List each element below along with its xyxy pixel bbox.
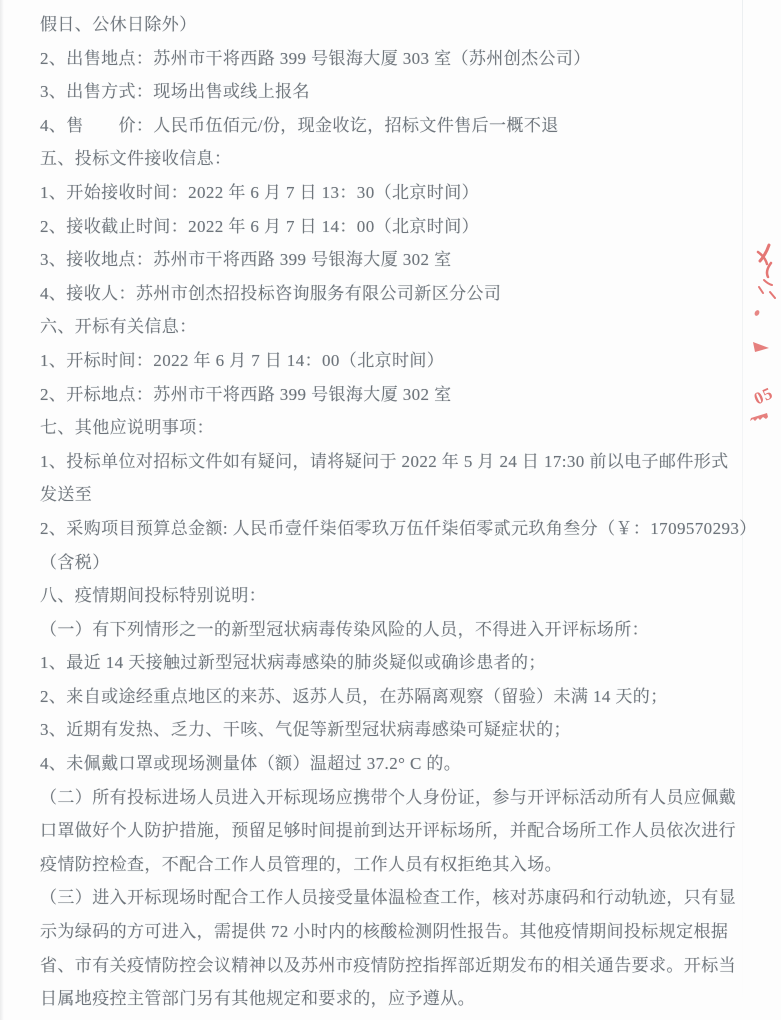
document-line: （二）所有投标进场人员进入开标现场应携带个人身份证，参与开评标活动所有人员应佩戴 bbox=[40, 781, 713, 815]
document-line: 2、来自或途经重点地区的来苏、返苏人员，在苏隔离观察（留验）未满 14 天的； bbox=[40, 680, 713, 714]
document-line: 4、未佩戴口罩或现场测量体（额）温超过 37.2° C 的。 bbox=[40, 747, 713, 781]
document-line: 口罩做好个人防护措施，预留足够时间提前到达开评标场所，并配合场所工作人员依次进行 bbox=[40, 814, 713, 848]
document-body: 假日、公休日除外）2、出售地点：苏州市干将西路 399 号银海大厦 303 室（… bbox=[0, 0, 741, 1016]
document-line: 省、市有关疫情防控会议精神以及苏州市疫情防控指挥部近期发布的相关通告要求。开标当 bbox=[40, 949, 713, 983]
document-line: 3、接收地点：苏州市干将西路 399 号银海大厦 302 室 bbox=[40, 243, 713, 277]
document-line: 六、开标有关信息： bbox=[40, 310, 713, 344]
document-line: 1、最近 14 天接触过新型冠状病毒感染的肺炎疑似或确诊患者的； bbox=[40, 646, 713, 680]
document-line: （一）有下列情形之一的新型冠状病毒传染风险的人员，不得进入开评标场所： bbox=[40, 613, 713, 647]
scanned-page: 假日、公休日除外）2、出售地点：苏州市干将西路 399 号银海大厦 303 室（… bbox=[0, 0, 781, 1020]
document-line: 七、其他应说明事项： bbox=[40, 411, 713, 445]
document-line: 1、投标单位对招标文件如有疑问，请将疑问于 2022 年 5 月 24 日 17… bbox=[40, 445, 713, 479]
document-line: 发送至 bbox=[40, 478, 713, 512]
document-line: 2、开标地点：苏州市干将西路 399 号银海大厦 302 室 bbox=[40, 378, 713, 412]
document-line: 2、采购项目预算总金额: 人民币壹仟柒佰零玖万伍仟柒佰零贰元玖角叁分（￥：170… bbox=[40, 512, 713, 546]
document-line: （含税） bbox=[40, 546, 713, 580]
document-line: 五、投标文件接收信息： bbox=[40, 142, 713, 176]
document-line: 4、售 价：人民币伍佰元/份，现金收讫，招标文件售后一概不退 bbox=[40, 109, 713, 143]
document-line: 示为绿码的方可进入，需提供 72 小时内的核酸检测阴性报告。其他疫情期间投标规定… bbox=[40, 915, 713, 949]
scan-fold-line bbox=[742, 0, 743, 1020]
document-line: 疫情防控检查，不配合工作人员管理的，工作人员有权拒绝其入场。 bbox=[40, 848, 713, 882]
stamp-number: 05 bbox=[751, 383, 776, 409]
document-line: 4、接收人：苏州市创杰招投标咨询服务有限公司新区分公司 bbox=[40, 277, 713, 311]
document-line: 3、近期有发热、乏力、干咳、气促等新型冠状病毒感染可疑症状的； bbox=[40, 713, 713, 747]
document-line: 假日、公休日除外） bbox=[40, 8, 713, 42]
document-line: 八、疫情期间投标特别说明： bbox=[40, 579, 713, 613]
stamp-bar-icon bbox=[750, 413, 768, 421]
document-line: 3、出售方式：现场出售或线上报名 bbox=[40, 75, 713, 109]
document-line: 1、开标时间：2022 年 6 月 7 日 14：00（北京时间） bbox=[40, 344, 713, 378]
document-line: 2、出售地点：苏州市干将西路 399 号银海大厦 303 室（苏州创杰公司） bbox=[40, 42, 713, 76]
document-line: 2、接收截止时间：2022 年 6 月 7 日 14：00（北京时间） bbox=[40, 210, 713, 244]
document-line: 日属地疫控主管部门另有其他规定和要求的，应予遵从。 bbox=[40, 982, 713, 1016]
document-line: 1、开始接收时间：2022 年 6 月 7 日 13：30（北京时间） bbox=[40, 176, 713, 210]
stamp-dot-icon bbox=[754, 309, 761, 316]
document-line: （三）进入开标现场时配合工作人员接受量体温检查工作，核对苏康码和行动轨迹，只有显 bbox=[40, 881, 713, 915]
stamp-arrow-icon bbox=[753, 342, 769, 352]
